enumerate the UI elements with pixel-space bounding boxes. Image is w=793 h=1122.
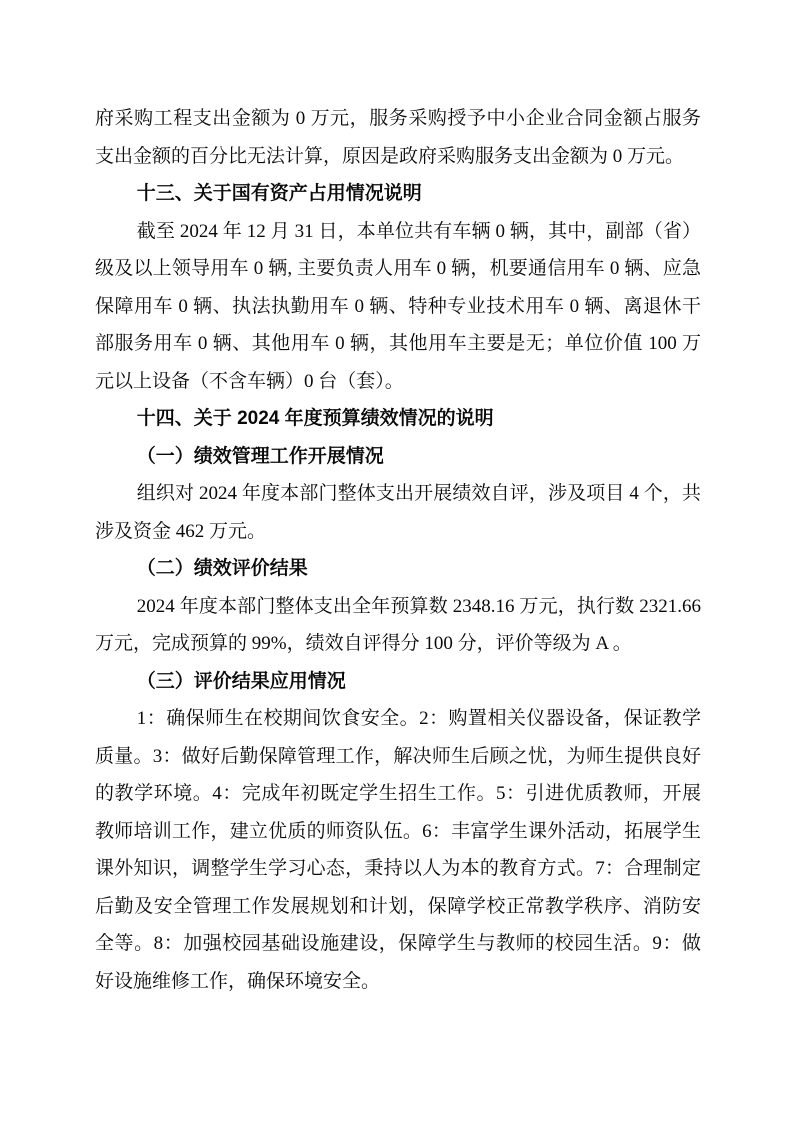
section-14-paragraph-1: 组织对 2024 年度本部门整体支出开展绩效自评，涉及项目 4 个，共涉及资金 …	[95, 475, 701, 550]
section-14-heading: 十四、关于 2024 年度预算绩效情况的说明	[95, 400, 701, 438]
paragraph-continuation: 府采购工程支出金额为 0 万元，服务采购授予中小企业合同金额占服务支出金额的百分…	[95, 100, 701, 175]
section-13-heading: 十三、关于国有资产占用情况说明	[95, 175, 701, 213]
document-page: 府采购工程支出金额为 0 万元，服务采购授予中小企业合同金额占服务支出金额的百分…	[0, 0, 793, 1122]
section-14-paragraph-2: 2024 年度本部门整体支出全年预算数 2348.16 万元，执行数 2321.…	[95, 588, 701, 663]
section-14-subheading-2: （二）绩效评价结果	[95, 550, 701, 588]
document-content: 府采购工程支出金额为 0 万元，服务采购授予中小企业合同金额占服务支出金额的百分…	[95, 100, 701, 1000]
section-14-subheading-3: （三）评价结果应用情况	[95, 663, 701, 701]
section-13-paragraph: 截至 2024 年 12 月 31 日，本单位共有车辆 0 辆，其中，副部（省）…	[95, 213, 701, 401]
section-14-paragraph-3: 1：确保师生在校期间饮食安全。2：购置相关仪器设备，保证教学质量。3：做好后勤保…	[95, 700, 701, 1000]
section-14-subheading-1: （一）绩效管理工作开展情况	[95, 438, 701, 476]
